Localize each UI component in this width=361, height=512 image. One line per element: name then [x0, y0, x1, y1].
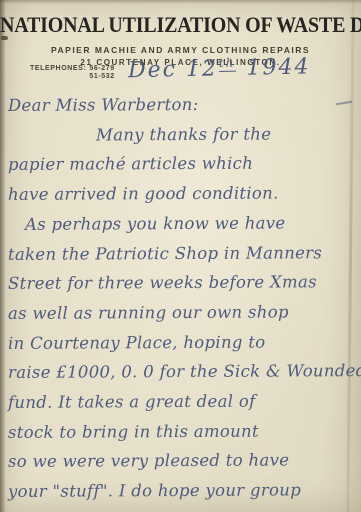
body-line: have arrived in good condition. — [8, 178, 359, 210]
body-line: in Courtenay Place, hoping to — [8, 327, 359, 359]
body-line: As perhaps you know we have — [8, 208, 359, 240]
body-line: as well as running our own shop — [8, 297, 359, 329]
body-line: Many thanks for the — [8, 119, 359, 151]
body-line: fund. It takes a great deal of — [8, 386, 359, 418]
body-line: raise £1000, 0. 0 for the Sick & Wounded — [8, 356, 359, 388]
date-day: Dec 12 — [128, 56, 218, 83]
greeting-line: Dear Miss Warberton: — [8, 89, 359, 121]
handwritten-date: Dec 12th 1944 — [128, 54, 311, 83]
telephone-number-2: 51-532 — [89, 73, 114, 81]
telephone-number-1: 56-279 — [89, 65, 114, 73]
date-ordinal-suffix: th — [219, 56, 236, 72]
telephone-numbers: 56-279 51-532 — [89, 65, 114, 81]
body-line: so we were very pleased to have — [8, 446, 359, 478]
body-line: your "stuff". I do hope your group — [8, 475, 359, 507]
date-year: 1944 — [246, 54, 311, 80]
body-line: taken the Patriotic Shop in Manners — [8, 238, 359, 270]
body-line: stock to bring in this amount — [8, 416, 359, 448]
letterhead-telephones: TELEPHONES: 56-279 51-532 — [30, 65, 115, 81]
scan-edge-shadow-left — [0, 0, 6, 512]
body-line: Street for three weeks before Xmas — [8, 267, 359, 299]
letter-body: Dear Miss Warberton: Many thanks for the… — [8, 90, 359, 506]
telephones-label: TELEPHONES: — [30, 65, 86, 81]
body-line: papier maché articles which — [8, 148, 359, 180]
scanned-letter-page: NATIONAL UTILIZATION OF WASTE DEPOT PAPI… — [0, 0, 361, 512]
letterhead-title: NATIONAL UTILIZATION OF WASTE DEPOT — [0, 13, 361, 39]
